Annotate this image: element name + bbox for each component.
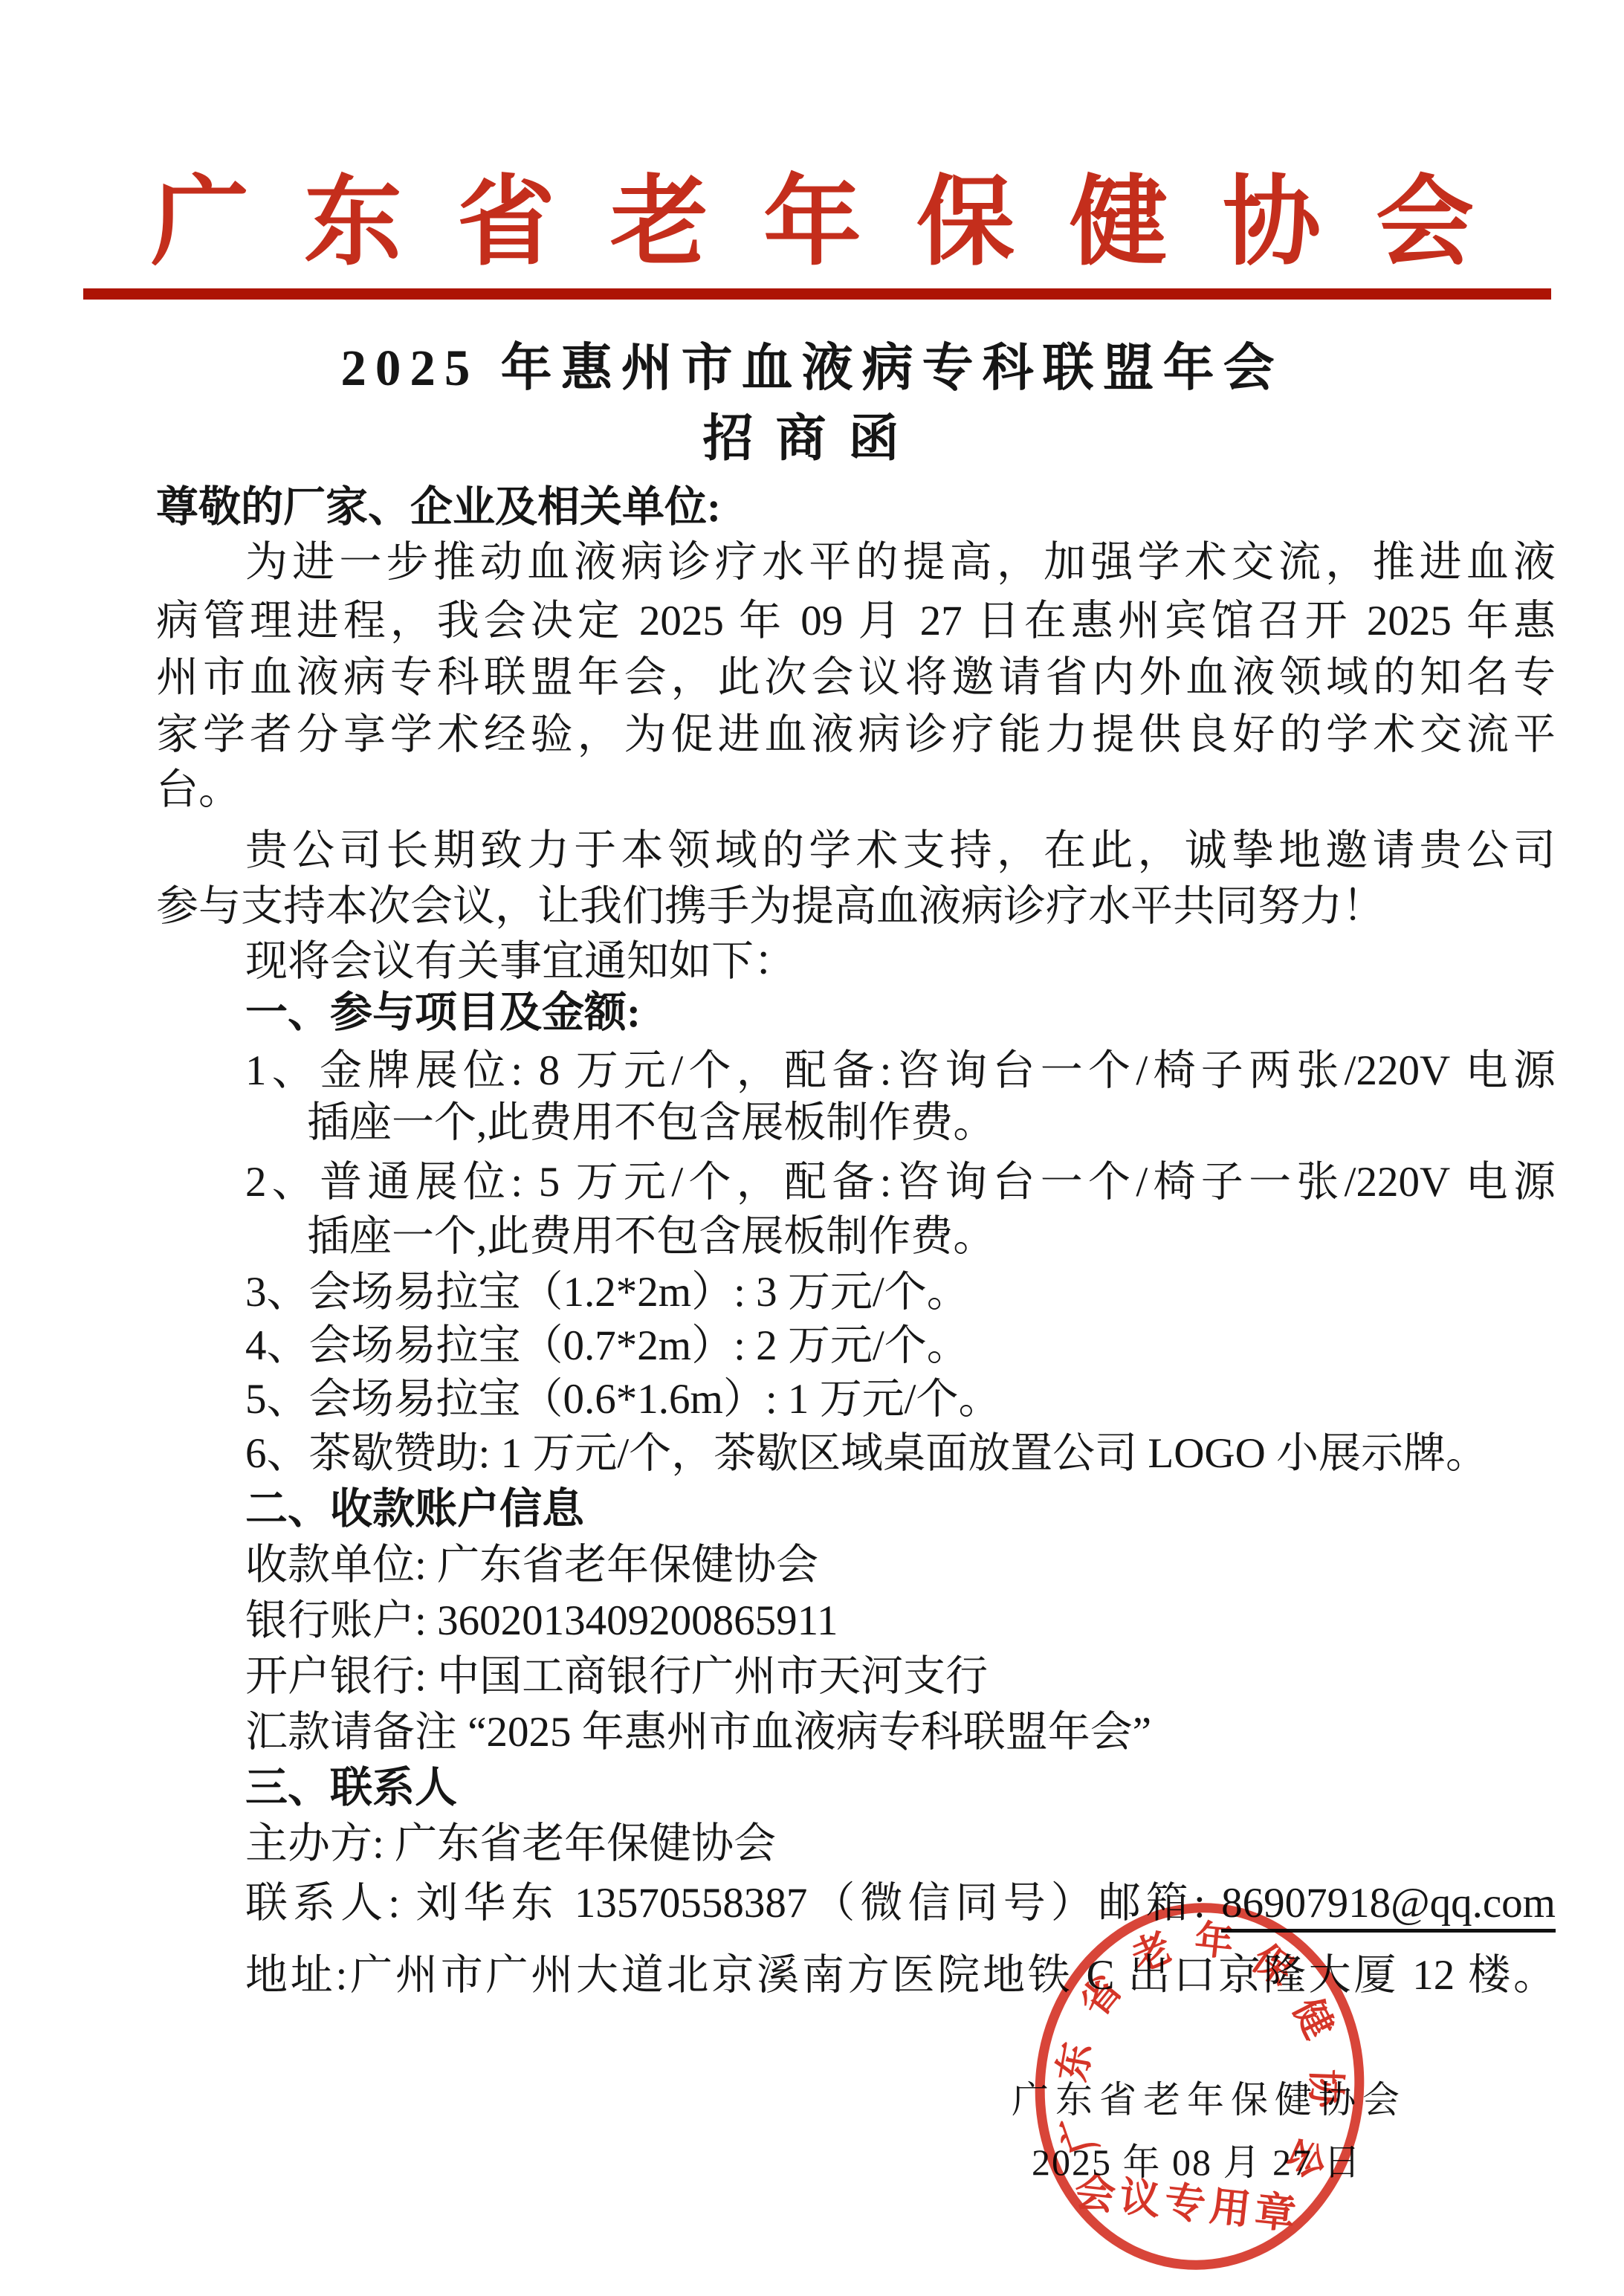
section-heading-3: 三、联系人 xyxy=(245,1759,457,1817)
section-heading-2: 二、收款账户信息 xyxy=(245,1481,584,1539)
org-letterhead: 广东省老年保健协会 xyxy=(151,174,1529,272)
payee-line: 收款单位: 广东省老年保健协会 xyxy=(245,1536,818,1594)
doc-title: 2025 年惠州市血液病专科联盟年会 xyxy=(0,339,1624,398)
list-item-2: 2、普通展位: 5 万元/个，配备:咨询台一个/椅子一张/220V 电源 xyxy=(245,1154,1556,1212)
seal-arc-char: 协 xyxy=(1304,2069,1345,2109)
section-heading-1: 一、参与项目及金额: xyxy=(245,984,641,1042)
para-line: 参与支持本次会议，让我们携手为提高血液病诊疗水平共同努力！ xyxy=(156,878,1385,936)
bank-name-line: 开户银行: 中国工商银行广州市天河支行 xyxy=(245,1648,988,1706)
list-item-1-cont: 插座一个,此费用不包含展板制作费。 xyxy=(307,1094,995,1152)
list-item-6: 6、茶歇赞助: 1 万元/个，茶歇区域桌面放置公司 LOGO 小展示牌。 xyxy=(245,1425,1488,1483)
para-line: 州市血液病专科联盟年会，此次会议将邀请省内外血液领域的知名专 xyxy=(156,649,1556,707)
organizer-line: 主办方: 广东省老年保健协会 xyxy=(245,1815,776,1873)
para-line: 贵公司长期致力于本领域的学术支持，在此，诚挚地邀请贵公司 xyxy=(245,822,1556,880)
seal-arc-char: 东 xyxy=(1053,2040,1098,2084)
para-line: 为进一步推动血液病诊疗水平的提高，加强学术交流，推进血液 xyxy=(245,534,1556,592)
para-line: 现将会议有关事宜通知如下： xyxy=(245,933,796,991)
bank-account-line: 银行账户: 3602013409200865911 xyxy=(245,1592,838,1650)
official-seal: 广 东 省 老 年 保 健 协 会 会议专用章 xyxy=(1017,1886,1382,2286)
list-item-4: 4、会场易拉宝（0.7*2m）: 2 万元/个。 xyxy=(245,1317,969,1375)
doc-subtitle: 招商函 xyxy=(0,410,1624,468)
para-line: 台。 xyxy=(156,761,241,819)
list-item-2-cont: 插座一个,此费用不包含展板制作费。 xyxy=(307,1208,995,1266)
para-line: 病管理进程，我会决定 2025 年 09 月 27 日在惠州宾馆召开 2025 … xyxy=(156,592,1556,650)
document-page: 广东省老年保健协会 2025 年惠州市血液病专科联盟年会 招商函 尊敬的厂家、企… xyxy=(0,0,1624,2296)
list-item-1: 1、金牌展位: 8 万元/个，配备:咨询台一个/椅子两张/220V 电源 xyxy=(245,1042,1556,1100)
greeting-line: 尊敬的厂家、企业及相关单位: xyxy=(156,479,721,537)
list-item-3: 3、会场易拉宝（1.2*2m）: 3 万元/个。 xyxy=(245,1264,969,1322)
para-line: 家学者分享学术经验，为促进血液病诊疗能力提供良好的学术交流平 xyxy=(156,706,1556,764)
red-rule xyxy=(83,288,1551,300)
list-item-5: 5、会场易拉宝（0.6*1.6m）: 1 万元/个。 xyxy=(245,1371,1001,1429)
seal-arc-char: 年 xyxy=(1193,1921,1235,1963)
remit-note-line: 汇款请备注 “2025 年惠州市血液病专科联盟年会” xyxy=(245,1704,1151,1762)
